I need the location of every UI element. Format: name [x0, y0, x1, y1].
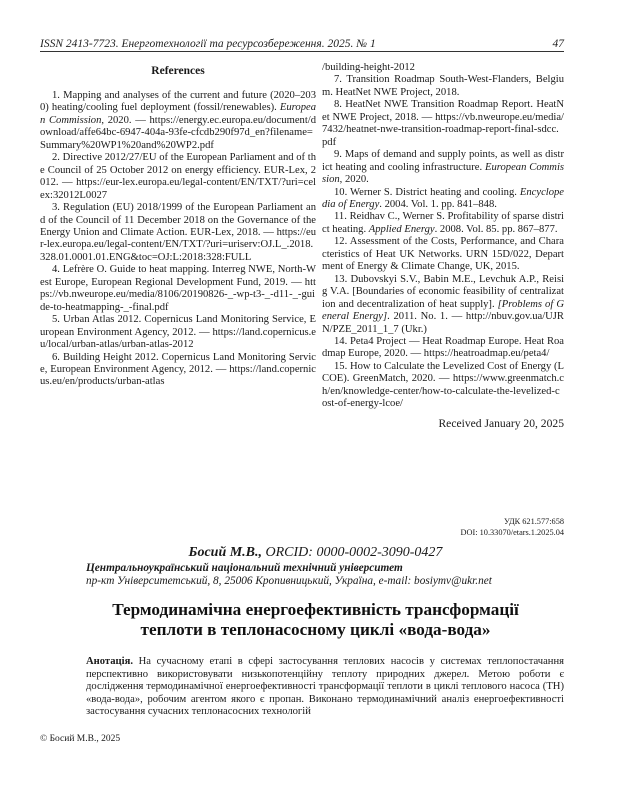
reference-item: 5. Urban Atlas 2012. Copernicus Land Mon… — [40, 314, 316, 351]
page-number: 47 — [553, 37, 565, 51]
affiliation: Центральноукраїнський національний техні… — [86, 562, 586, 588]
reference-text: HeatNet NWE Transition Roadmap Report. H… — [322, 99, 564, 147]
reference-number: 6. — [52, 352, 63, 363]
reference-item: 12. Assessment of the Costs, Performance… — [322, 236, 564, 273]
udk-code: УДК 621.577:658 — [461, 517, 564, 528]
reference-text: Transition Roadmap South-West-Flanders, … — [322, 74, 564, 97]
reference-number: 8. — [334, 99, 345, 110]
reference-source: Applied Energy — [369, 224, 435, 235]
reference-list-right: /building-height-20127. Transition Roadm… — [322, 62, 564, 411]
reference-item: 2. Directive 2012/27/EU of the European … — [40, 152, 316, 202]
reference-item: 11. Reidhav C., Werner S. Profitability … — [322, 211, 564, 236]
references-column-right: /building-height-20127. Transition Roadm… — [322, 62, 564, 431]
reference-item: 4. Lefrère O. Guide to heat mapping. Int… — [40, 264, 316, 314]
reference-text: . 2004. Vol. 1. pp. 841–848. — [379, 199, 497, 210]
abstract: Анотація. На сучасному етапі в сфері зас… — [86, 656, 564, 719]
reference-item: 6. Building Height 2012. Copernicus Land… — [40, 352, 316, 389]
reference-number: 13. — [334, 274, 350, 285]
author-line: Босий М.В., ORCID: 0000-0002-3090-0427 — [0, 545, 631, 561]
reference-text: How to Calculate the Levelized Cost of E… — [322, 361, 564, 409]
organization: Центральноукраїнський національний техні… — [86, 562, 586, 575]
reference-text: Building Height 2012. Copernicus Land Mo… — [40, 352, 316, 388]
journal-title: ISSN 2413-7723. Енерготехнології та ресу… — [40, 37, 376, 51]
abstract-label: Анотація. — [86, 656, 133, 667]
references-heading: References — [40, 65, 316, 78]
reference-number: 5. — [52, 314, 63, 325]
reference-number: 4. — [52, 264, 63, 275]
abstract-text: На сучасному етапі в сфері застосування … — [86, 656, 564, 717]
reference-text: Assessment of the Costs, Performance, an… — [322, 236, 564, 272]
reference-item: 7. Transition Roadmap South-West-Flander… — [322, 74, 564, 99]
reference-text: Regulation (EU) 2018/1999 of the Europea… — [40, 202, 316, 263]
reference-text: Urban Atlas 2012. Copernicus Land Monito… — [40, 314, 316, 350]
reference-text: Werner S. District heating and cooling. — [350, 187, 520, 198]
reference-number: 9. — [334, 149, 345, 160]
reference-item: 8. HeatNet NWE Transition Roadmap Report… — [322, 99, 564, 149]
copyright: © Босий М.В., 2025 — [40, 734, 120, 745]
reference-number: 10. — [334, 187, 350, 198]
reference-item: 3. Regulation (EU) 2018/1999 of the Euro… — [40, 202, 316, 264]
received-date: Received January 20, 2025 — [322, 417, 564, 431]
article-title: Термодинамічна енергоефективність трансф… — [0, 600, 631, 640]
reference-number: 7. — [334, 74, 346, 85]
doi: DOI: 10.33070/etars.1.2025.04 — [461, 528, 564, 539]
reference-number: 11. — [334, 211, 350, 222]
reference-text: Directive 2012/27/EU of the European Par… — [40, 152, 316, 200]
reference-number: 14. — [334, 336, 350, 347]
orcid: ORCID: 0000-0002-3090-0427 — [266, 545, 443, 560]
reference-text: Peta4 Project — Heat Roadmap Europe. Hea… — [322, 336, 564, 359]
reference-item: 1. Mapping and analyses of the current a… — [40, 90, 316, 152]
reference-item: 14. Peta4 Project — Heat Roadmap Europe.… — [322, 336, 564, 361]
reference-number: 12. — [334, 236, 350, 247]
article-title-line-1: Термодинамічна енергоефективність трансф… — [0, 600, 631, 620]
author-name: Босий М.В., — [189, 545, 262, 560]
article-title-line-2: теплоти в теплонасосному циклі «вода-вод… — [0, 620, 631, 640]
reference-number: 15. — [334, 361, 350, 372]
reference-text: , 2020. — [340, 174, 369, 185]
reference-continuation: /building-height-2012 — [322, 62, 564, 74]
reference-text: Mapping and analyses of the current and … — [40, 90, 316, 113]
reference-number: 3. — [52, 202, 63, 213]
reference-text: . 2008. Vol. 85. pp. 867–877. — [435, 224, 558, 235]
running-header: ISSN 2413-7723. Енерготехнології та ресу… — [40, 37, 564, 52]
udk-doi-block: УДК 621.577:658 DOI: 10.33070/etars.1.20… — [461, 517, 564, 538]
reference-list-left: 1. Mapping and analyses of the current a… — [40, 90, 316, 389]
reference-text: Lefrère O. Guide to heat mapping. Interr… — [40, 264, 316, 312]
reference-number: 2. — [52, 152, 63, 163]
reference-number: 1. — [52, 90, 63, 101]
reference-item: 9. Maps of demand and supply points, as … — [322, 149, 564, 186]
references-column-left: References 1. Mapping and analyses of th… — [40, 62, 316, 389]
reference-item: 10. Werner S. District heating and cooli… — [322, 187, 564, 212]
address: пр-кт Університетський, 8, 25006 Кропивн… — [86, 575, 586, 588]
reference-item: 13. Dubovskyi S.V., Babin M.E., Levchuk … — [322, 274, 564, 336]
reference-item: 15. How to Calculate the Levelized Cost … — [322, 361, 564, 411]
